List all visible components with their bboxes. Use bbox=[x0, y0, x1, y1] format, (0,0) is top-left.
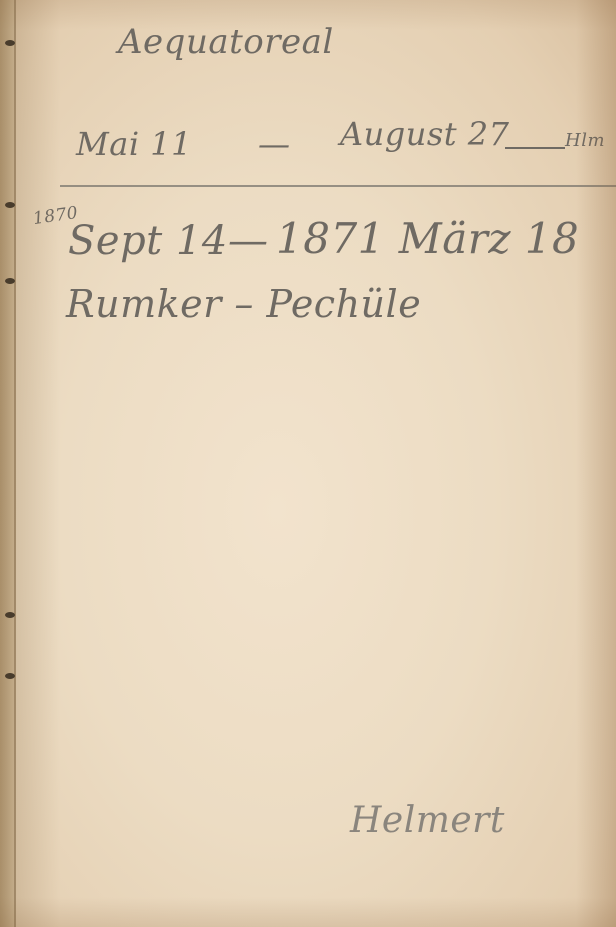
horizontal-rule bbox=[60, 185, 616, 187]
binding-stitch bbox=[5, 40, 15, 46]
date-range-2-separator: — bbox=[228, 218, 269, 264]
date-range-2-start: Sept 14 bbox=[68, 218, 228, 264]
binding-stitch bbox=[5, 202, 15, 208]
binding-stitch bbox=[5, 612, 15, 618]
spine-fold-line bbox=[14, 0, 16, 927]
observer-names: Rumker – Pechüle bbox=[66, 282, 421, 326]
date-range-1-end: August 27 bbox=[340, 115, 509, 153]
date-range-1-separator: — bbox=[258, 125, 291, 163]
date-range-1-start: Mai 11 bbox=[76, 125, 192, 163]
page-title: Aequatoreal bbox=[118, 22, 334, 62]
signature: Helmert bbox=[350, 800, 505, 841]
notebook-page: Aequatoreal Mai 11 — August 27 Hlm 1870 … bbox=[0, 0, 616, 927]
pen-stroke bbox=[505, 147, 565, 149]
date-range-2-end: 1871 März 18 bbox=[276, 214, 579, 263]
binding-stitch bbox=[5, 278, 15, 284]
binding-stitch bbox=[5, 673, 15, 679]
margin-note: Hlm bbox=[565, 130, 605, 151]
